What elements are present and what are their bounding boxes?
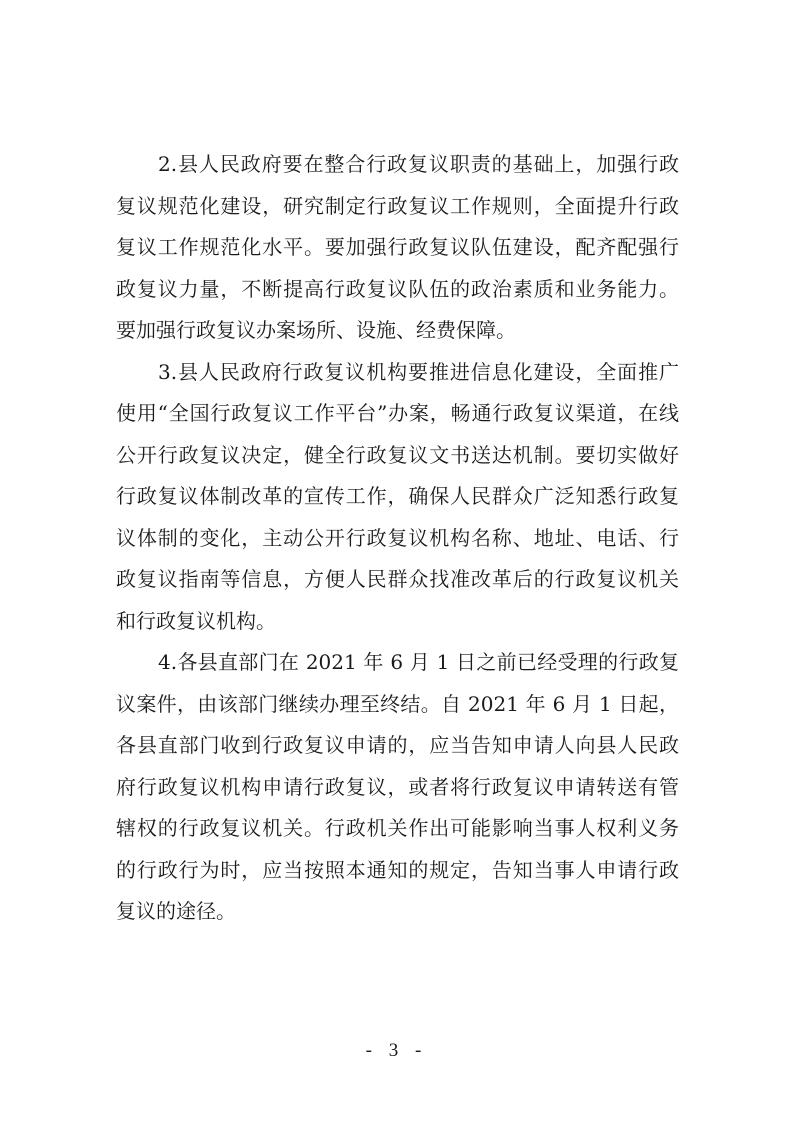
text-line: 府行政复议机构申请行政复议，或者将行政复议申请转送有管	[116, 767, 679, 809]
text-line: 政复议力量，不断提高行政复议队伍的政治素质和业务能力。	[116, 269, 679, 311]
text-line: 要加强行政复议办案场所、设施、经费保障。	[116, 310, 679, 352]
text-line: 的行政行为时，应当按照本通知的规定，告知当事人申请行政	[116, 850, 679, 892]
text-line: 议体制的变化，主动公开行政复议机构名称、地址、电话、行	[116, 518, 679, 560]
text-line: 各县直部门收到行政复议申请的，应当告知申请人向县人民政	[116, 725, 679, 767]
page-number: - 3 -	[0, 1040, 793, 1062]
text-line: 复议的途径。	[116, 891, 679, 933]
text-line: 3.县人民政府行政复议机构要推进信息化建设，全面推广	[116, 352, 679, 394]
paragraph-4: 4.各县直部门在 2021 年 6 月 1 日之前已经受理的行政复 议案件，由该…	[116, 642, 679, 933]
text-line: 使用“全国行政复议工作平台”办案，畅通行政复议渠道，在线	[116, 393, 679, 435]
text-line: 复议工作规范化水平。要加强行政复议队伍建设，配齐配强行	[116, 227, 679, 269]
document-body: 2.县人民政府要在整合行政复议职责的基础上，加强行政 复议规范化建设，研究制定行…	[116, 144, 679, 933]
text-line: 复议规范化建设，研究制定行政复议工作规则，全面提升行政	[116, 186, 679, 228]
paragraph-3: 3.县人民政府行政复议机构要推进信息化建设，全面推广 使用“全国行政复议工作平台…	[116, 352, 679, 643]
text-line: 辖权的行政复议机关。行政机关作出可能影响当事人权利义务	[116, 808, 679, 850]
text-line: 和行政复议机构。	[116, 601, 679, 643]
text-line: 政复议指南等信息，方便人民群众找准改革后的行政复议机关	[116, 559, 679, 601]
text-line: 4.各县直部门在 2021 年 6 月 1 日之前已经受理的行政复	[116, 642, 679, 684]
text-line: 行政复议体制改革的宣传工作，确保人民群众广泛知悉行政复	[116, 476, 679, 518]
paragraph-2: 2.县人民政府要在整合行政复议职责的基础上，加强行政 复议规范化建设，研究制定行…	[116, 144, 679, 352]
text-line: 公开行政复议决定，健全行政复议文书送达机制。要切实做好	[116, 435, 679, 477]
text-line: 2.县人民政府要在整合行政复议职责的基础上，加强行政	[116, 144, 679, 186]
document-page: 2.县人民政府要在整合行政复议职责的基础上，加强行政 复议规范化建设，研究制定行…	[0, 0, 793, 1122]
text-line: 议案件，由该部门继续办理至终结。自 2021 年 6 月 1 日起，	[116, 684, 679, 726]
